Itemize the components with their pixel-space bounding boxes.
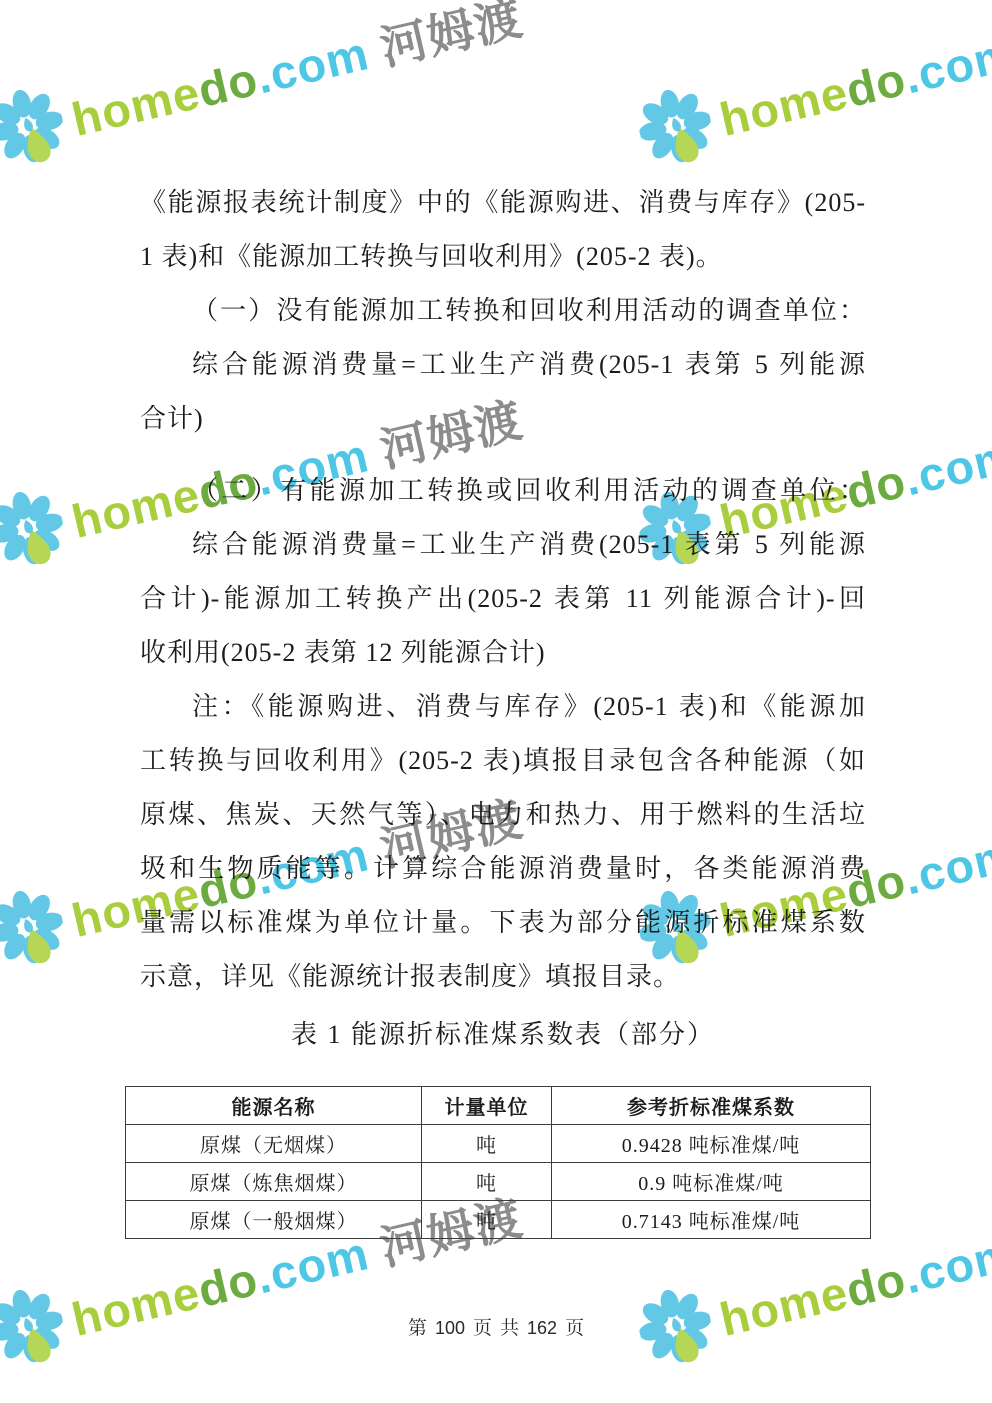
table-body: 原煤（无烟煤）吨0.9428 吨标准煤/吨原煤（炼焦烟煤）吨0.9 吨标准煤/吨… [126, 1125, 871, 1239]
text-line: 量需以标准煤为单位计量。下表为部分能源折标准煤系数 [140, 896, 866, 950]
watermark-do-text: do [842, 54, 910, 113]
table-header-row: 能源名称计量单位参考折标准煤系数 [126, 1087, 871, 1125]
table-row: 原煤（无烟煤）吨0.9428 吨标准煤/吨 [126, 1125, 871, 1163]
watermark-com-text: .com [899, 29, 992, 100]
text-line: （一）没有能源加工转换和回收利用活动的调查单位： [140, 284, 866, 338]
table-header-cell: 能源名称 [126, 1087, 422, 1125]
table-header-cell: 计量单位 [422, 1087, 552, 1125]
watermark: home do .com 河姆渡 [0, 0, 567, 178]
coefficient-table: 能源名称计量单位参考折标准煤系数 原煤（无烟煤）吨0.9428 吨标准煤/吨原煤… [125, 1086, 871, 1239]
current-page-number: 100 [435, 1318, 465, 1338]
document-page: home do .com 河姆渡 home do .com 河姆渡 [0, 0, 992, 1403]
watermark-home-text: home [716, 68, 853, 143]
table-cell: 吨 [422, 1201, 552, 1239]
body-text: 《能源报表统计制度》中的《能源购进、消费与库存》(205-1 表)和《能源加工转… [140, 176, 866, 1062]
watermark-chinese-text: 河姆渡 [376, 0, 527, 71]
watermark-home-text: home [68, 68, 205, 143]
watermark-com-text: .com [251, 29, 372, 100]
text-line: 《能源报表统计制度》中的《能源购进、消费与库存》(205- [140, 176, 866, 230]
footer-label: 第 [408, 1318, 427, 1339]
homedo-flower-icon [0, 883, 72, 979]
footer-label: 页 [565, 1318, 584, 1339]
watermark: home do .com 河姆渡 [632, 0, 992, 178]
text-line: 示意，详见《能源统计报表制度》填报目录。 [140, 950, 866, 1004]
page-footer: 第100页共162页 [0, 1313, 992, 1340]
footer-label: 共 [500, 1318, 519, 1339]
watermark-com-text: .com [899, 830, 992, 901]
text-line: 原煤、焦炭、天然气等）、电力和热力、用于燃料的生活垃 [140, 788, 866, 842]
table-cell: 0.9 吨标准煤/吨 [552, 1163, 871, 1201]
watermark-com-text: .com [899, 431, 992, 502]
watermark-do-text: do [194, 54, 262, 113]
table-cell: 吨 [422, 1163, 552, 1201]
text-line: 收利用(205-2 表第 12 列能源合计) [140, 626, 866, 680]
watermark-com-text: .com [899, 1229, 992, 1300]
table-cell: 原煤（无烟煤） [126, 1125, 422, 1163]
text-line: 圾和生物质能等。计算综合能源消费量时，各类能源消费 [140, 842, 866, 896]
homedo-flower-icon [0, 82, 72, 178]
text-line: 综合能源消费量=工业生产消费(205-1 表第 5 列能源 [140, 518, 866, 572]
footer-label: 页 [473, 1318, 492, 1339]
text-line: 综合能源消费量=工业生产消费(205-1 表第 5 列能源 [140, 338, 866, 392]
table-cell: 吨 [422, 1125, 552, 1163]
text-line: 1 表)和《能源加工转换与回收利用》(205-2 表)。 [140, 230, 866, 284]
watermark-do-text: do [842, 1254, 910, 1313]
table-row: 原煤（一般烟煤）吨0.7143 吨标准煤/吨 [126, 1201, 871, 1239]
watermark-com-text: .com [251, 1229, 372, 1300]
text-line: 合计)-能源加工转换产出(205-2 表第 11 列能源合计)-回 [140, 572, 866, 626]
text-line: 工转换与回收利用》(205-2 表)填报目录包含各种能源（如 [140, 734, 866, 788]
table-row: 原煤（炼焦烟煤）吨0.9 吨标准煤/吨 [126, 1163, 871, 1201]
total-page-number: 162 [527, 1318, 557, 1338]
text-line: 注：《能源购进、消费与库存》(205-1 表)和《能源加 [140, 680, 866, 734]
text-line: 合计) [140, 392, 866, 446]
text-line: （二）有能源加工转换或回收利用活动的调查单位： [140, 464, 866, 518]
table-cell: 0.7143 吨标准煤/吨 [552, 1201, 871, 1239]
table-caption: 表 1 能源折标准煤系数表（部分） [140, 1008, 866, 1062]
table-cell: 0.9428 吨标准煤/吨 [552, 1125, 871, 1163]
table-cell: 原煤（炼焦烟煤） [126, 1163, 422, 1201]
table-header-cell: 参考折标准煤系数 [552, 1087, 871, 1125]
homedo-flower-icon [632, 82, 721, 178]
table-cell: 原煤（一般烟煤） [126, 1201, 422, 1239]
paragraph-lines: 《能源报表统计制度》中的《能源购进、消费与库存》(205-1 表)和《能源加工转… [140, 176, 866, 1004]
watermark-do-text: do [194, 1254, 262, 1313]
homedo-flower-icon [0, 484, 72, 580]
